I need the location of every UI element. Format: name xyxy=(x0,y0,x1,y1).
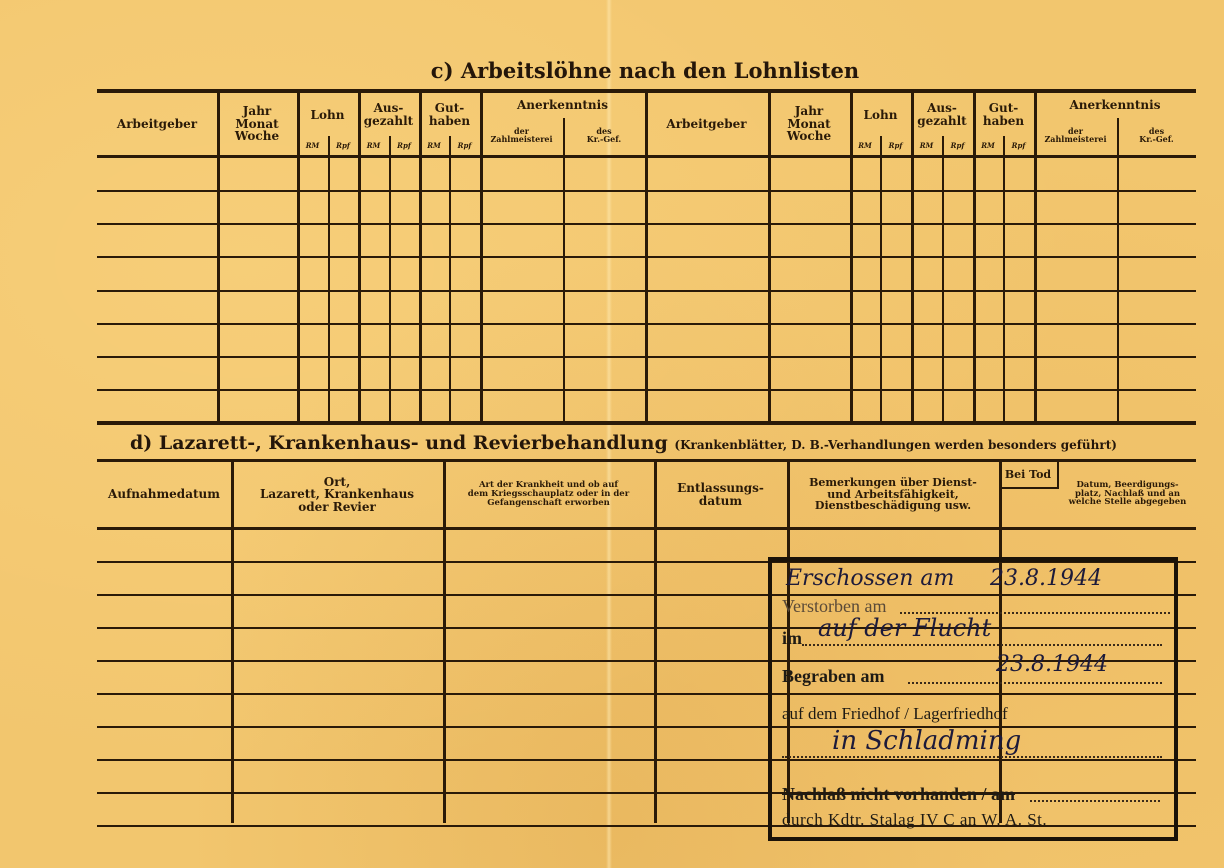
column-line xyxy=(942,136,944,423)
header-ort: Ort,Lazarett, Krankenhausoder Revier xyxy=(231,462,443,527)
header-entlassungsdatum: Entlassungs-datum xyxy=(654,462,787,527)
currency-rpf: Rpf xyxy=(449,138,480,154)
header-guthaben-2: Gut-haben xyxy=(973,95,1034,135)
header-des-kr-gef: desKr.-Gef. xyxy=(563,118,645,152)
handwritten-burial-date: 23.8.1944 xyxy=(996,652,1108,677)
currency-rpf: Rpf xyxy=(1003,138,1034,154)
column-line xyxy=(563,118,565,423)
dotted-line xyxy=(1030,800,1160,802)
section-c-title: c) Arbeitslöhne nach den Lohnlisten xyxy=(0,58,1224,83)
column-line xyxy=(328,136,330,423)
currency-rpf: Rpf xyxy=(880,138,911,154)
header-lohn-2: Lohn xyxy=(850,97,911,133)
currency-rm: RM xyxy=(297,138,328,154)
header-datum-beerdigung: Datum, Beerdigungs-platz, Nachlaß und an… xyxy=(1059,464,1196,524)
header-bottom-border xyxy=(97,527,1196,530)
header-bemerkungen: Bemerkungen über Dienst-und Arbeitsfähig… xyxy=(787,462,999,527)
header-jahr-monat-woche-2: Jahr Monat Woche xyxy=(768,93,850,155)
header-arbeitgeber: Arbeitgeber xyxy=(97,93,217,155)
currency-rpf: Rpf xyxy=(389,138,419,154)
currency-rm: RM xyxy=(973,138,1003,154)
header-jahr-monat-woche: Jahr Monat Woche xyxy=(217,93,297,155)
handwritten-death-date: 23.8.1944 xyxy=(990,566,1102,591)
header-bei-tod: Bei Tod xyxy=(999,462,1059,489)
handwritten-place: auf der Flucht xyxy=(818,614,991,642)
header-guthaben: Gut-haben xyxy=(419,95,480,135)
header-arbeitgeber-2: Arbeitgeber xyxy=(645,93,768,155)
currency-rm: RM xyxy=(850,138,880,154)
header-der-zahlmeisterei-2: derZahlmeisterei xyxy=(1034,118,1117,152)
header-art-der-krankheit: Art der Krankheit und ob aufdem Kriegssc… xyxy=(443,462,654,527)
currency-rm: RM xyxy=(358,138,389,154)
header-anerkenntnis: Anerkenntnis xyxy=(480,95,645,115)
dotted-line xyxy=(908,682,1162,684)
handwritten-cause: Erschossen am xyxy=(786,566,954,591)
currency-rpf: Rpf xyxy=(328,138,358,154)
currency-rm: RM xyxy=(419,138,449,154)
nachlass-label: Nachlaß nicht vorhanden / am xyxy=(782,784,1015,805)
section-d-subtitle: (Krankenblätter, D. B.-Verhandlungen wer… xyxy=(674,438,1117,452)
im-label: im xyxy=(782,628,802,649)
header-ausgezahlt-2: Aus-gezahlt xyxy=(911,95,973,135)
friedhof-label: auf dem Friedhof / Lagerfriedhof xyxy=(782,704,1008,724)
header-anerkenntnis-2: Anerkenntnis xyxy=(1034,95,1196,115)
column-line xyxy=(389,136,391,423)
header-lohn: Lohn xyxy=(297,97,358,133)
header-aufnahmedatum: Aufnahmedatum xyxy=(97,462,231,527)
dotted-line xyxy=(782,756,1162,758)
column-line xyxy=(1003,136,1005,423)
header-des-kr-gef-2: desKr.-Gef. xyxy=(1117,118,1196,152)
currency-rpf: Rpf xyxy=(942,138,973,154)
section-d-title: d) Lazarett-, Krankenhaus- und Revierbeh… xyxy=(130,432,1117,454)
currency-rm: RM xyxy=(911,138,942,154)
column-line xyxy=(1117,118,1119,423)
handwritten-town: in Schladming xyxy=(832,726,1021,756)
dotted-line xyxy=(802,644,1162,646)
header-ausgezahlt: Aus-gezahlt xyxy=(358,95,419,135)
column-line xyxy=(449,136,451,423)
begraben-label: Begraben am xyxy=(782,666,885,687)
column-line xyxy=(880,136,882,423)
death-record-stamp: Erschossen am 23.8.1944 Verstorben am im… xyxy=(768,557,1178,841)
header-der-zahlmeisterei: derZahlmeisterei xyxy=(480,118,563,152)
durch-label: durch Kdtr. Stalag IV C an W. A. St. xyxy=(782,810,1047,830)
